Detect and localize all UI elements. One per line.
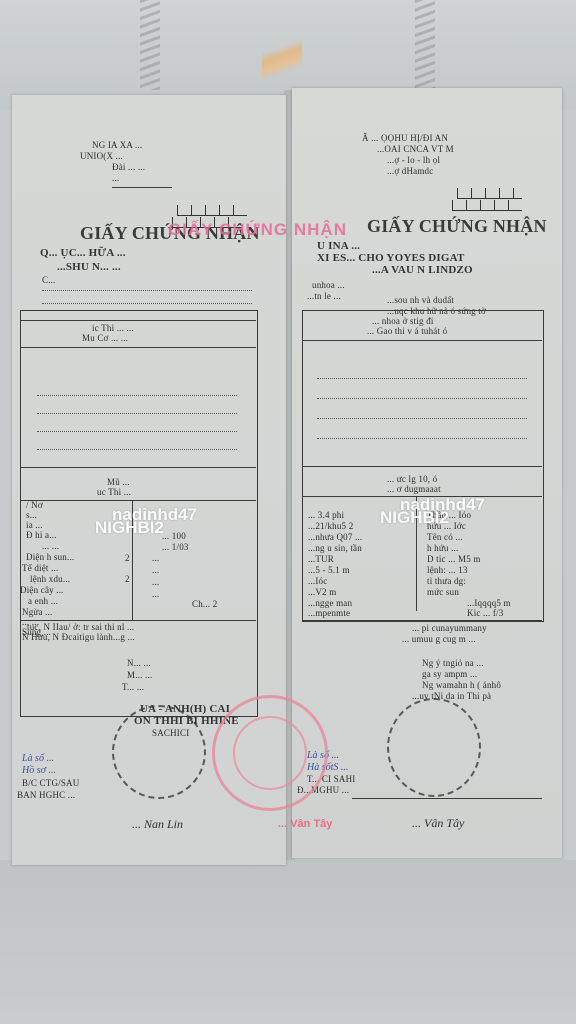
section-header: Mu Cơ ... ... xyxy=(82,333,128,344)
sign-line: Ng wamahn h ( ánhô xyxy=(422,680,501,691)
row-label: lệnh xdu... xyxy=(30,574,70,585)
serial-cells xyxy=(452,200,522,211)
header-line: Đài ... ... xyxy=(112,162,145,173)
divider xyxy=(20,620,256,621)
divider xyxy=(20,500,256,501)
sign-line: Ng ý tngiỏ na ... xyxy=(422,658,484,669)
dotted-line xyxy=(317,438,527,440)
stamp-line: SACHICI xyxy=(152,728,189,739)
intro-line: ...tn le ... xyxy=(307,291,341,302)
row-value: ... 1/03 xyxy=(162,542,189,553)
ink-note: Hồ sơ ... xyxy=(22,765,56,776)
row-label: ...mpenmte xyxy=(308,608,350,619)
dotted-line xyxy=(317,398,527,400)
intro-line: ...sou nh và dudất xyxy=(387,295,454,306)
divider xyxy=(20,467,256,468)
row-value: Ch... 2 xyxy=(192,599,217,610)
header-line: UNIO(X ... xyxy=(80,151,123,162)
dotted-line xyxy=(42,290,252,292)
signature: ... Nan Lin xyxy=(132,817,183,832)
row-label: ...nhưa Q07 ... xyxy=(308,532,362,543)
subtitle-line: Q... ỤC... HỮA ... xyxy=(40,247,126,260)
sign-line: M... ... xyxy=(127,670,152,681)
row-label: ...21/khu5 2 xyxy=(308,521,353,532)
row-label: Tể diệt ... xyxy=(22,563,58,574)
signature: ... Vân Tây xyxy=(412,816,464,831)
dotted-line xyxy=(37,413,237,415)
row-label: ... ... xyxy=(42,541,59,552)
subtitle-line: ...A VAU N LINDZO xyxy=(372,264,473,277)
row-label: Diện cây ... xyxy=(20,585,64,596)
dotted-line xyxy=(42,303,252,305)
dotted-line xyxy=(37,395,237,397)
row-label: ...5 - 5.1 m xyxy=(308,565,350,576)
row-number: 2 xyxy=(125,574,130,585)
row-label: ...ng u sin, tần xyxy=(308,543,362,554)
header-line: Â ... ỌỌHU HỊ/ĐI AN xyxy=(362,133,448,144)
dotted-line xyxy=(37,449,237,451)
header-line: ... xyxy=(112,173,119,184)
background-surface-bottom xyxy=(0,860,576,1024)
dotted-line xyxy=(317,418,527,420)
divider xyxy=(302,620,542,621)
header-line: ...OAI CNCA VT M xyxy=(377,144,454,155)
header-line: ...ợ dHamdc xyxy=(387,166,433,177)
dotted-line xyxy=(37,431,237,433)
header-line: ...ợ - lo - lh ọl xyxy=(387,155,440,166)
sign-line: ga sy ampm ... xyxy=(422,669,477,680)
serial-cells xyxy=(177,205,247,216)
ink-note: B/C CTG/SAU xyxy=(22,778,79,789)
row-value: ... xyxy=(152,589,159,600)
row-value: lệnh: ... 13 xyxy=(427,565,468,576)
row-value: ... xyxy=(152,565,159,576)
intro-line: unhoa ... xyxy=(312,280,345,291)
row-value: ... xyxy=(152,553,159,564)
row-label: ... 3.4 phi xyxy=(308,510,344,521)
footer-line: ... umuu g cug m ... xyxy=(402,634,476,645)
row-value: ... 100 xyxy=(162,531,186,542)
sign-line: T... ... xyxy=(122,682,144,693)
table-header: uc Thi ... xyxy=(97,487,131,498)
row-label: ...TUR xyxy=(308,554,334,565)
ink-note: Là số ... xyxy=(22,753,54,764)
row-label: ...V2 m xyxy=(308,587,336,598)
subtitle-line: C... xyxy=(42,275,56,286)
serial-cells xyxy=(457,188,522,199)
ink-note: BAN HGHC ... xyxy=(17,790,75,801)
row-value: tì thưa dg: xyxy=(427,576,466,587)
row-label: Diện h sun... xyxy=(26,552,74,563)
official-stamp xyxy=(387,698,481,797)
row-value: Tên có ... xyxy=(427,532,463,543)
section-header: ... Gao thi v á tuhát ó xyxy=(367,326,447,337)
red-seal-caption: ... Vân Tây xyxy=(278,818,332,830)
marble-texture xyxy=(140,0,160,90)
sign-line: N... ... xyxy=(127,658,151,669)
row-value: mức sun xyxy=(427,587,459,598)
table-header: ... ơ dugmaaat xyxy=(387,484,441,495)
watermark-line: NIGHBI2 xyxy=(380,508,449,528)
row-number: 2 xyxy=(125,553,130,564)
red-seal xyxy=(212,695,328,811)
footer-line: N Hưu, N Đcaitigu lành...g ... xyxy=(22,632,135,643)
watermark-line: NIGHBI2 xyxy=(95,518,164,538)
row-value: ... xyxy=(152,577,159,588)
row-value: D tic ... M5 m xyxy=(427,554,481,565)
marble-texture xyxy=(415,0,435,90)
divider xyxy=(302,466,542,467)
row-label: a enh ... xyxy=(28,596,58,607)
row-label: ...Ióc xyxy=(308,576,327,587)
row-value: h hứu ... xyxy=(427,543,458,554)
divider xyxy=(112,187,172,188)
row-value: Kic ... f/3 xyxy=(467,608,503,619)
footer-line: ... pi cunayummany xyxy=(412,623,487,634)
subtitle-line: ...SHU N... ... xyxy=(57,261,121,274)
divider xyxy=(20,320,256,321)
overlay-title: GIẤY CHỨNG NHẬN xyxy=(168,220,347,240)
divider xyxy=(20,347,256,348)
page-title: GIẤY CHỨNG NHẬN xyxy=(367,216,547,236)
divider xyxy=(302,340,542,341)
dotted-line xyxy=(317,378,527,380)
header-line: NG IA XA ... xyxy=(92,140,142,151)
right-page: Â ... ỌỌHU HỊ/ĐI AN ...OAI CNCA VT M ...… xyxy=(292,88,562,858)
divider xyxy=(352,798,542,799)
row-label: Đ hi a... xyxy=(26,530,57,541)
